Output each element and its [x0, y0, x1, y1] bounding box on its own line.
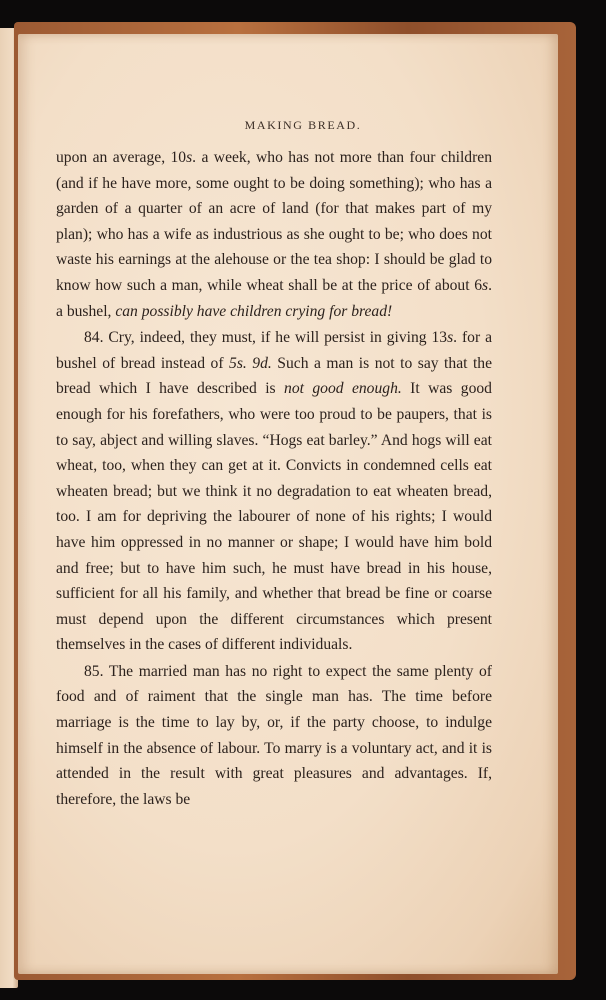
- italic-text: not good enough.: [284, 380, 402, 397]
- italic-text: 5s. 9d.: [229, 355, 272, 372]
- paragraph-84: 84. Cry, indeed, they must, if he will p…: [56, 325, 492, 658]
- text-run: It was good enough for his forefathers, …: [56, 380, 492, 653]
- text-run: 85. The married man has no right to expe…: [56, 663, 492, 808]
- italic-text: can possibly have children crying for br…: [115, 303, 392, 320]
- running-head: MAKING BREAD.: [0, 118, 606, 133]
- paragraph-continuation: upon an average, 10s. a week, who has no…: [56, 145, 492, 324]
- text-run: . a week, who has not more than four chi…: [56, 149, 492, 294]
- body-text: upon an average, 10s. a week, who has no…: [56, 145, 492, 812]
- text-run: 84. Cry, indeed, they must, if he will p…: [84, 329, 447, 346]
- text-run: upon an average, 10: [56, 149, 186, 166]
- paragraph-85: 85. The married man has no right to expe…: [56, 659, 492, 813]
